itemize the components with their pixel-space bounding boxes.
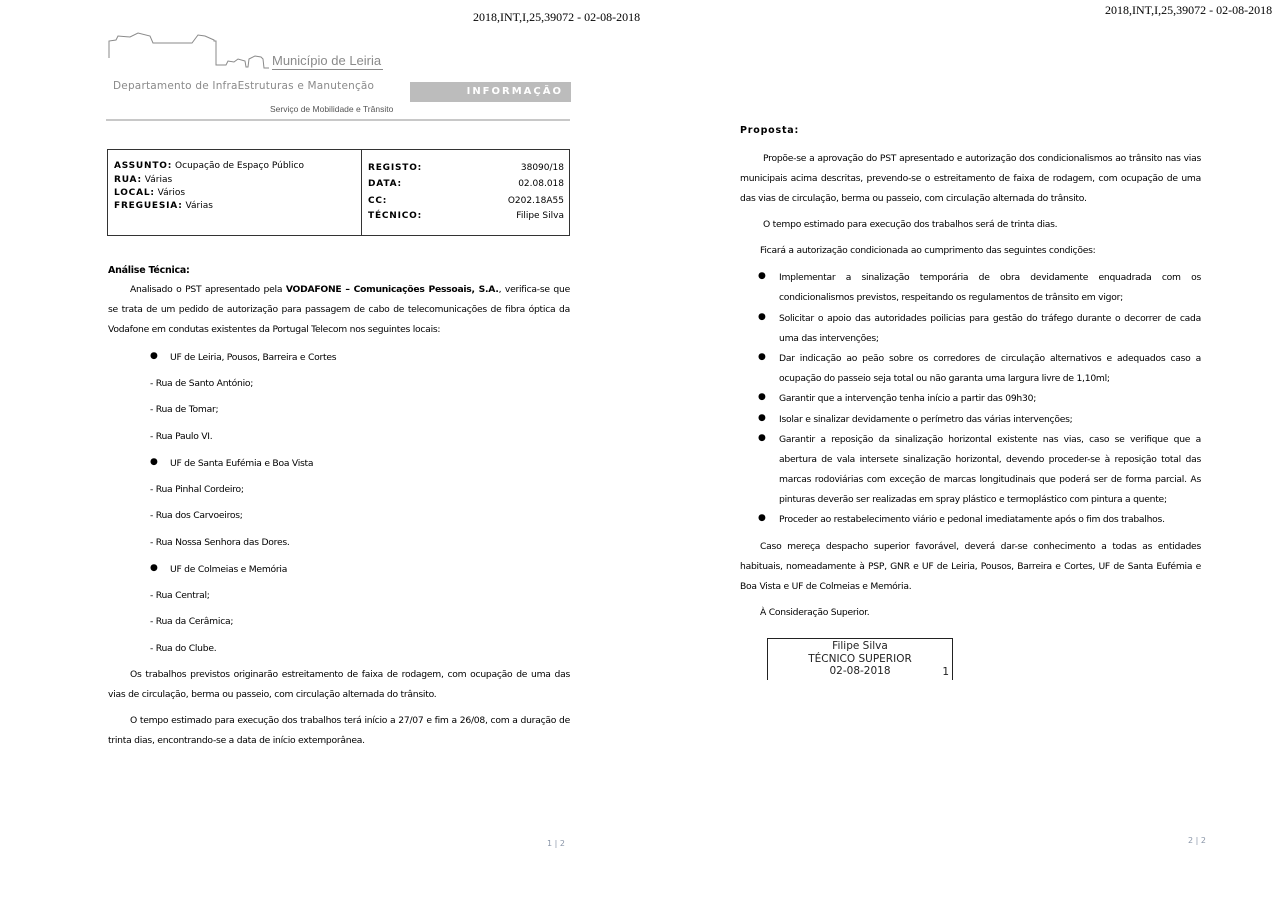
parish-group-1: UF de Leiria, Pousos, Barreira e Cortes — [170, 352, 336, 363]
condition-item: Proceder ao restabelecimento viário e pe… — [779, 510, 1201, 530]
analysis-paragraph-2: Os trabalhos previstos originarão estrei… — [108, 665, 570, 705]
bullet-icon: ● — [150, 563, 158, 573]
bullet-icon: ● — [758, 312, 766, 322]
parish-group-3: UF de Colmeias e Memória — [170, 564, 287, 575]
bullet-icon: ● — [150, 457, 158, 467]
condition-item: Isolar e sinalizar devidamente o perímet… — [779, 410, 1201, 430]
bullet-icon: ● — [758, 513, 766, 523]
meta-registo: REGISTO:38090/18 — [368, 163, 564, 173]
street-item: - Rua Central; — [150, 590, 210, 601]
street-item: - Rua de Tomar; — [150, 404, 218, 415]
bullet-icon: ● — [150, 351, 158, 361]
page-number-2: 2 | 2 — [1188, 836, 1206, 845]
meta-assunto: ASSUNTO: Ocupação de Espaço Público — [114, 161, 304, 171]
metadata-divider — [361, 150, 362, 235]
meta-rua: RUA: Várias — [114, 175, 172, 185]
meta-cc: CC:O202.18A55 — [368, 196, 564, 206]
proposal-paragraph-1: Propõe-se a aprovação do PST apresentado… — [740, 149, 1201, 209]
proposal-paragraph-4: Caso mereça despacho superior favorável,… — [740, 537, 1201, 597]
analysis-paragraph-3: O tempo estimado para execução dos traba… — [108, 711, 570, 751]
signature-number: 1 — [942, 666, 949, 679]
bullet-icon: ● — [758, 413, 766, 423]
street-item: - Rua de Santo António; — [150, 378, 253, 389]
condition-item: Garantir que a intervenção tenha início … — [779, 389, 1201, 409]
proposal-heading: Proposta: — [740, 125, 799, 136]
condition-item: Garantir a reposição da sinalização hori… — [779, 430, 1201, 510]
street-item: - Rua dos Carvoeiros; — [150, 510, 243, 521]
meta-tecnico: TÉCNICO:Filipe Silva — [368, 211, 564, 221]
proposal-closing: À Consideração Superior. — [760, 607, 869, 618]
doc-type-banner: INFORMAÇÃO — [410, 82, 571, 102]
bullet-icon: ● — [758, 392, 766, 402]
department-name: Departamento de InfraEstruturas e Manute… — [113, 80, 374, 92]
signature-name: Filipe Silva — [768, 640, 952, 653]
municipality-logo-icon — [108, 28, 273, 72]
meta-freguesia: FREGUESIA: Várias — [114, 201, 213, 211]
analysis-intro-paragraph: Analisado o PST apresentado pela VODAFON… — [108, 280, 570, 340]
proposal-paragraph-2: O tempo estimado para execução dos traba… — [763, 219, 1057, 230]
meta-local: LOCAL: Vários — [114, 188, 185, 198]
street-item: - Rua Paulo VI. — [150, 431, 212, 442]
bullet-icon: ● — [758, 352, 766, 362]
meta-data: DATA:02.08.018 — [368, 179, 564, 189]
service-name: Serviço de Mobilidade e Trânsito — [270, 104, 393, 114]
street-item: - Rua do Clube. — [150, 643, 216, 654]
street-item: - Rua Nossa Senhora das Dores. — [150, 537, 290, 548]
parish-group-2: UF de Santa Eufémia e Boa Vista — [170, 458, 313, 469]
signature-date: 02-08-2018 — [768, 665, 952, 678]
proposal-paragraph-3: Ficará a autorização condicionada ao cum… — [760, 245, 1096, 256]
street-item: - Rua da Cerâmica; — [150, 616, 233, 627]
street-item: - Rua Pinhal Cordeiro; — [150, 484, 244, 495]
bullet-icon: ● — [758, 433, 766, 443]
analysis-heading: Análise Técnica: — [108, 265, 190, 276]
bullet-icon: ● — [758, 271, 766, 281]
condition-item: Dar indicação ao peão sobre os corredore… — [779, 349, 1201, 389]
condition-item: Implementar a sinalização temporária de … — [779, 268, 1201, 308]
metadata-box: ASSUNTO: Ocupação de Espaço Público RUA:… — [107, 149, 570, 236]
registration-stamp-page-2: 2018,INT,I,25,39072 - 02-08-2018 — [1105, 3, 1272, 18]
signature-title: TÉCNICO SUPERIOR — [768, 653, 952, 666]
signature-block: Filipe Silva TÉCNICO SUPERIOR 02-08-2018… — [767, 638, 953, 680]
header-divider — [106, 119, 570, 121]
condition-item: Solicitar o apoio das autoridades poilic… — [779, 309, 1201, 349]
page-number-1: 1 | 2 — [547, 839, 565, 848]
logo-text: Município de Leiria — [272, 53, 383, 70]
registration-stamp-page-1: 2018,INT,I,25,39072 - 02-08-2018 — [473, 10, 640, 25]
